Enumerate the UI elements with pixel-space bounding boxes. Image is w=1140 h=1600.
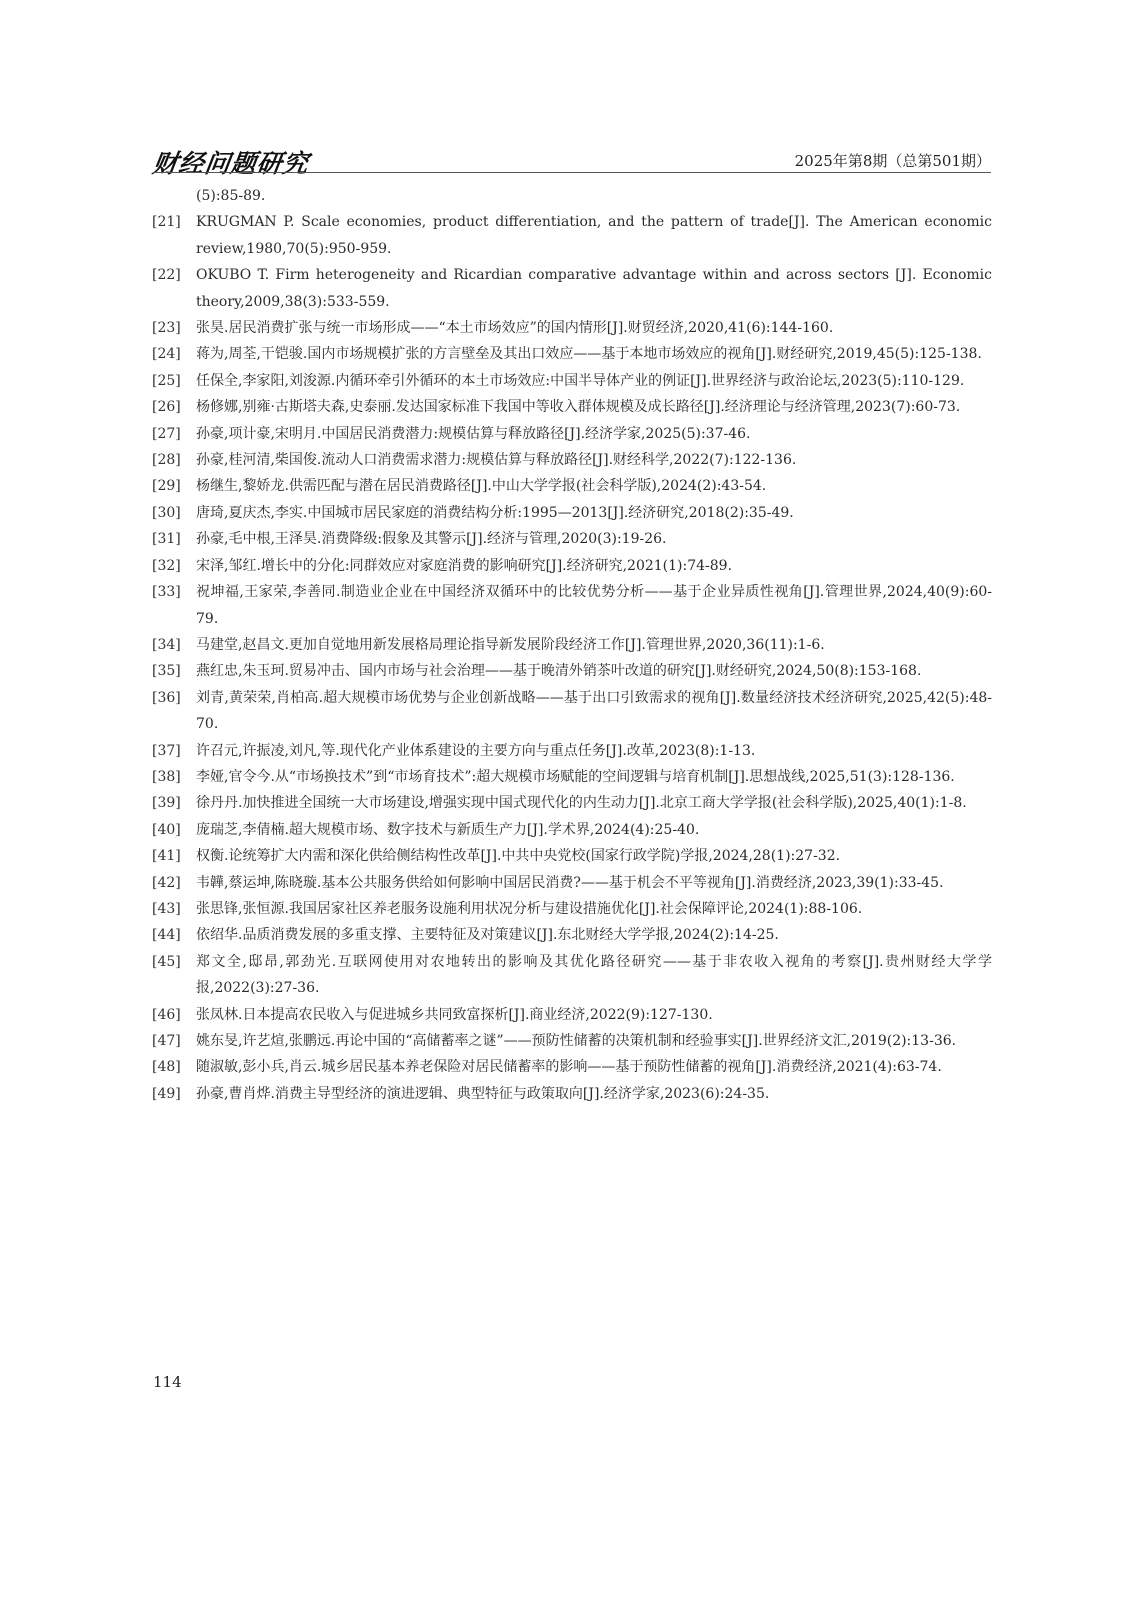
reference-number: [29] [152, 473, 192, 499]
reference-text: 唐琦,夏庆杰,李实.中国城市居民家庭的消费结构分析:1995—2013[J].经… [196, 500, 992, 526]
reference-number: [47] [152, 1028, 192, 1054]
reference-item: [44]依绍华.品质消费发展的多重支撑、主要特征及对策建议[J].东北财经大学学… [152, 922, 992, 948]
reference-item: [42]韦韡,蔡运坤,陈晓璇.基本公共服务供给如何影响中国居民消费?——基于机会… [152, 870, 992, 896]
reference-text: 任保全,李家阳,刘浚源.内循环牵引外循环的本土市场效应:中国半导体产业的例证[J… [196, 368, 992, 394]
reference-number: [34] [152, 632, 192, 658]
reference-item: [49]孙豪,曹肖烨.消费主导型经济的演进逻辑、典型特征与政策取向[J].经济学… [152, 1081, 992, 1107]
reference-item: [46]张凤林.日本提高农民收入与促进城乡共同致富探析[J].商业经济,2022… [152, 1002, 992, 1028]
reference-number: [30] [152, 500, 192, 526]
reference-item: [21]KRUGMAN P. Scale economies, product … [152, 209, 992, 262]
reference-text: OKUBO T. Firm heterogeneity and Ricardia… [196, 262, 992, 315]
reference-number: [31] [152, 526, 192, 552]
reference-text: 燕红忠,朱玉珂.贸易冲击、国内市场与社会治理——基于晚清外销茶叶改道的研究[J]… [196, 658, 992, 684]
reference-text: 蒋为,周荃,干铠骏.国内市场规模扩张的方言壁垒及其出口效应——基于本地市场效应的… [196, 341, 992, 367]
reference-text: 马建堂,赵昌文.更加自觉地用新发展格局理论指导新发展阶段经济工作[J].管理世界… [196, 632, 992, 658]
reference-text: 孙豪,曹肖烨.消费主导型经济的演进逻辑、典型特征与政策取向[J].经济学家,20… [196, 1081, 992, 1107]
reference-number: [22] [152, 262, 192, 288]
reference-number: [23] [152, 315, 192, 341]
reference-text: 郑文全,邸昂,郭劲光.互联网使用对农地转出的影响及其优化路径研究——基于非农收入… [196, 949, 992, 1002]
reference-number: [25] [152, 368, 192, 394]
reference-text: 杨继生,黎娇龙.供需匹配与潜在居民消费路径[J].中山大学学报(社会科学版),2… [196, 473, 992, 499]
reference-item: [38]李娅,官令今.从“市场换技术”到“市场育技术”:超大规模市场赋能的空间逻… [152, 764, 992, 790]
reference-number: [39] [152, 790, 192, 816]
page-number: 114 [153, 1373, 182, 1391]
reference-number: [32] [152, 553, 192, 579]
reference-text: 李娅,官令今.从“市场换技术”到“市场育技术”:超大规模市场赋能的空间逻辑与培育… [196, 764, 992, 790]
reference-item: [34]马建堂,赵昌文.更加自觉地用新发展格局理论指导新发展阶段经济工作[J].… [152, 632, 992, 658]
reference-number: [49] [152, 1081, 192, 1107]
reference-text: 张昊.居民消费扩张与统一市场形成——“本土市场效应”的国内情形[J].财贸经济,… [196, 315, 992, 341]
reference-item: [43]张思锋,张恒源.我国居家社区养老服务设施利用状况分析与建设措施优化[J]… [152, 896, 992, 922]
reference-number: [48] [152, 1054, 192, 1080]
reference-number: [46] [152, 1002, 192, 1028]
reference-text: 依绍华.品质消费发展的多重支撑、主要特征及对策建议[J].东北财经大学学报,20… [196, 922, 992, 948]
header-divider [153, 172, 991, 173]
reference-item: [27]孙豪,项计豪,宋明月.中国居民消费潜力:规模估算与释放路径[J].经济学… [152, 421, 992, 447]
reference-text: 姚东旻,许艺煊,张鹏远.再论中国的“高储蓄率之谜”——预防性储蓄的决策机制和经验… [196, 1028, 992, 1054]
reference-number: [35] [152, 658, 192, 684]
reference-item: [26]杨修娜,别雍·古斯塔夫森,史泰丽.发达国家标准下我国中等收入群体规模及成… [152, 394, 992, 420]
journal-logo: 财经问题研究 [150, 144, 311, 180]
reference-item: [40]庞瑞芝,李倩楠.超大规模市场、数字技术与新质生产力[J].学术界,202… [152, 817, 992, 843]
issue-label: 2025年第8期（总第501期） [795, 150, 991, 171]
page-header: 财经问题研究 2025年第8期（总第501期） [153, 140, 991, 180]
reference-continuation: (5):85-89. [152, 183, 992, 209]
reference-item: [29]杨继生,黎娇龙.供需匹配与潜在居民消费路径[J].中山大学学报(社会科学… [152, 473, 992, 499]
reference-text: 孙豪,项计豪,宋明月.中国居民消费潜力:规模估算与释放路径[J].经济学家,20… [196, 421, 992, 447]
reference-item: [22]OKUBO T. Firm heterogeneity and Rica… [152, 262, 992, 315]
reference-number: [33] [152, 579, 192, 605]
reference-number: [28] [152, 447, 192, 473]
reference-text: 庞瑞芝,李倩楠.超大规模市场、数字技术与新质生产力[J].学术界,2024(4)… [196, 817, 992, 843]
reference-text: 宋泽,邹红.增长中的分化:同群效应对家庭消费的影响研究[J].经济研究,2021… [196, 553, 992, 579]
reference-item: [33]祝坤福,王家荣,李善同.制造业企业在中国经济双循环中的比较优势分析——基… [152, 579, 992, 632]
reference-number: [26] [152, 394, 192, 420]
reference-number: [21] [152, 209, 192, 235]
reference-item: [31]孙豪,毛中根,王泽昊.消费降级:假象及其警示[J].经济与管理,2020… [152, 526, 992, 552]
reference-item: [28]孙豪,桂河清,柴国俊.流动人口消费需求潜力:规模估算与释放路径[J].财… [152, 447, 992, 473]
reference-item: [47]姚东旻,许艺煊,张鹏远.再论中国的“高储蓄率之谜”——预防性储蓄的决策机… [152, 1028, 992, 1054]
reference-text: KRUGMAN P. Scale economies, product diff… [196, 209, 992, 262]
reference-list: (5):85-89. [21]KRUGMAN P. Scale economie… [152, 183, 992, 1107]
reference-text: 权衡.论统筹扩大内需和深化供给侧结构性改革[J].中共中央党校(国家行政学院)学… [196, 843, 992, 869]
reference-item: [32]宋泽,邹红.增长中的分化:同群效应对家庭消费的影响研究[J].经济研究,… [152, 553, 992, 579]
reference-text: 刘青,黄荣荣,肖柏高.超大规模市场优势与企业创新战略——基于出口引致需求的视角[… [196, 685, 992, 738]
reference-number: [37] [152, 738, 192, 764]
reference-text: 杨修娜,别雍·古斯塔夫森,史泰丽.发达国家标准下我国中等收入群体规模及成长路径[… [196, 394, 992, 420]
reference-item: [24]蒋为,周荃,干铠骏.国内市场规模扩张的方言壁垒及其出口效应——基于本地市… [152, 341, 992, 367]
reference-item: [39]徐丹丹.加快推进全国统一大市场建设,增强实现中国式现代化的内生动力[J]… [152, 790, 992, 816]
reference-number: [24] [152, 341, 192, 367]
reference-number: [40] [152, 817, 192, 843]
reference-text: 韦韡,蔡运坤,陈晓璇.基本公共服务供给如何影响中国居民消费?——基于机会不平等视… [196, 870, 992, 896]
reference-item: [41]权衡.论统筹扩大内需和深化供给侧结构性改革[J].中共中央党校(国家行政… [152, 843, 992, 869]
reference-text: 张凤林.日本提高农民收入与促进城乡共同致富探析[J].商业经济,2022(9):… [196, 1002, 992, 1028]
reference-number: [27] [152, 421, 192, 447]
reference-text: 张思锋,张恒源.我国居家社区养老服务设施利用状况分析与建设措施优化[J].社会保… [196, 896, 992, 922]
reference-item: [30]唐琦,夏庆杰,李实.中国城市居民家庭的消费结构分析:1995—2013[… [152, 500, 992, 526]
reference-item: [25]任保全,李家阳,刘浚源.内循环牵引外循环的本土市场效应:中国半导体产业的… [152, 368, 992, 394]
reference-item: [23]张昊.居民消费扩张与统一市场形成——“本土市场效应”的国内情形[J].财… [152, 315, 992, 341]
reference-text: 许召元,许振凌,刘凡,等.现代化产业体系建设的主要方向与重点任务[J].改革,2… [196, 738, 992, 764]
reference-text: 孙豪,毛中根,王泽昊.消费降级:假象及其警示[J].经济与管理,2020(3):… [196, 526, 992, 552]
reference-text: 孙豪,桂河清,柴国俊.流动人口消费需求潜力:规模估算与释放路径[J].财经科学,… [196, 447, 992, 473]
reference-text: 徐丹丹.加快推进全国统一大市场建设,增强实现中国式现代化的内生动力[J].北京工… [196, 790, 992, 816]
reference-number: [43] [152, 896, 192, 922]
reference-number: [41] [152, 843, 192, 869]
reference-text: 祝坤福,王家荣,李善同.制造业企业在中国经济双循环中的比较优势分析——基于企业异… [196, 579, 992, 632]
reference-number: [36] [152, 685, 192, 711]
reference-item: [45]郑文全,邸昂,郭劲光.互联网使用对农地转出的影响及其优化路径研究——基于… [152, 949, 992, 1002]
reference-item: [48]随淑敏,彭小兵,肖云.城乡居民基本养老保险对居民储蓄率的影响——基于预防… [152, 1054, 992, 1080]
reference-item: [35]燕红忠,朱玉珂.贸易冲击、国内市场与社会治理——基于晚清外销茶叶改道的研… [152, 658, 992, 684]
reference-number: [38] [152, 764, 192, 790]
reference-number: [45] [152, 949, 192, 975]
reference-number: [44] [152, 922, 192, 948]
reference-text: 随淑敏,彭小兵,肖云.城乡居民基本养老保险对居民储蓄率的影响——基于预防性储蓄的… [196, 1054, 992, 1080]
reference-item: [36]刘青,黄荣荣,肖柏高.超大规模市场优势与企业创新战略——基于出口引致需求… [152, 685, 992, 738]
reference-number: [42] [152, 870, 192, 896]
reference-item: [37]许召元,许振凌,刘凡,等.现代化产业体系建设的主要方向与重点任务[J].… [152, 738, 992, 764]
